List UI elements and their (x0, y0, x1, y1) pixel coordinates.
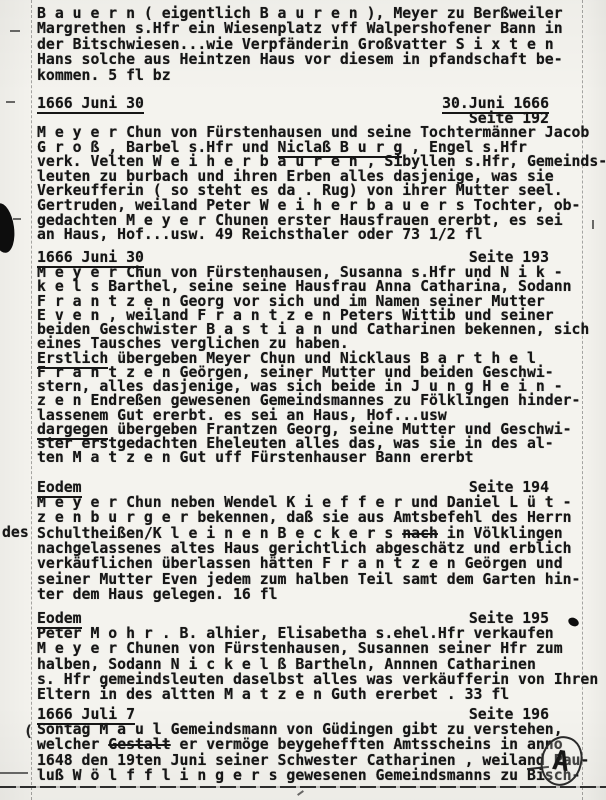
margin-tick (13, 218, 21, 220)
record-line: Margrethen s.Hfr ein Wiesenplatz vff Wal… (37, 21, 563, 36)
record-line: seiner Mutter Even jedem zum halben Teil… (37, 572, 580, 587)
record-line: nachgelassenes altes Haus gerichtlich ab… (37, 541, 580, 556)
record-line: Sontag M a u l Gemeindsmann von Güdingen… (37, 722, 589, 737)
bottom-caret-mark (297, 790, 304, 796)
intro-paragraph: B a u e r n ( eigentlich B a u r e n ), … (37, 6, 563, 83)
scanned-document-page: B a u e r n ( eigentlich B a u r e n ), … (0, 0, 606, 800)
record-line: M e y e r Chunen von Fürstenhausen, Susa… (37, 641, 598, 656)
margin-tick (10, 30, 20, 32)
record-line: luß W ö l f f l i n g e r s gewesenen Ge… (37, 768, 589, 783)
record-line: halben, Sodann N i c k e l ß Bartheln, A… (37, 657, 598, 672)
record-line: M e y e r Chun neben Wendel K i e f f e … (37, 495, 580, 510)
entry-paragraph: Peter M o h r . B. alhier, Elisabetha s.… (37, 626, 598, 702)
record-line: 1648 den 19ten Juni seiner Schwester Cat… (37, 753, 589, 768)
margin-note: des (2, 524, 29, 541)
margin-tick (6, 101, 15, 103)
record-line: verkäuflichen überlassen hätten F r a n … (37, 556, 580, 571)
bottom-rule (0, 786, 606, 788)
pen-mark: ( (24, 723, 33, 740)
circled-letter: A (552, 746, 572, 775)
record-line: Schultheißen/K l e i n e n B e c k e r s… (37, 526, 580, 541)
record-line: welcher Gestalt er vermöge beygehefften … (37, 737, 589, 752)
record-line: B a u e r n ( eigentlich B a u r e n ), … (37, 6, 563, 21)
record-line: ten M a t z e n Gut uff Fürstenhauser Ba… (37, 451, 589, 465)
record-line: Eltern in des altten M a t z e n Guth er… (37, 687, 598, 702)
record-line: an Haus, Hof...usw. 49 Reichsthaler oder… (37, 228, 606, 243)
record-line: z e n b u r g e r bekennen, daß sie aus … (37, 510, 580, 525)
record-line: ter dem Haus gelegen. 16 fl (37, 587, 580, 602)
entry-paragraph: M e y e r Chun von Fürstenhausen und sei… (37, 126, 606, 243)
entry-paragraph: Sontag M a u l Gemeindsmann von Güdingen… (37, 722, 589, 784)
record-line: kommen. 5 fl bz (37, 68, 563, 83)
record-line: Hans solche aus Heintzen Haus vor diesem… (37, 52, 563, 67)
entry-paragraph: M e y e r Chun neben Wendel K i e f f e … (37, 495, 580, 602)
hole-punch-mark (0, 202, 17, 255)
bottom-left-dash (0, 772, 28, 774)
record-line: Peter M o h r . B. alhier, Elisabetha s.… (37, 626, 598, 641)
entry-paragraph: M e y e r Chun von Fürstenhausen, Susann… (37, 266, 589, 466)
record-line: s. Hfr gemeindsleuten daselbst alles was… (37, 672, 598, 687)
record-line: der Bitschwiesen...wie Verpfänderin Groß… (37, 37, 563, 52)
struck-word: Gestalt (108, 736, 170, 753)
left-margin-rule (31, 0, 32, 800)
